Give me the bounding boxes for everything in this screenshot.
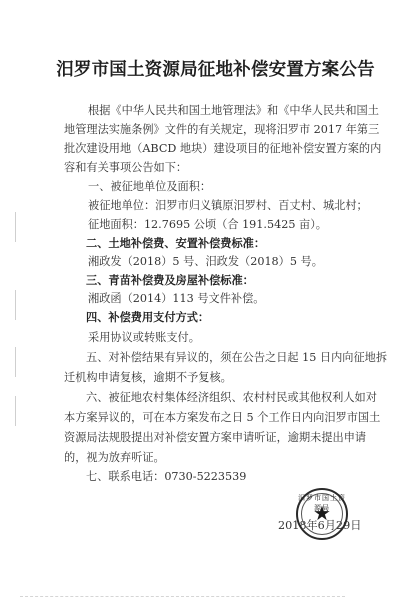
star-icon: ★ (298, 503, 346, 523)
section-6-line: 六、被征地农村集体经济组织、农村村民或其他权利人如对 (86, 391, 377, 405)
section-4-heading: 四、补偿费用支付方式： (86, 311, 209, 325)
section-1-units: 被征地单位：汨罗市归义镇原汨罗村、百丈村、城北村； (88, 199, 368, 213)
margin-mark (15, 290, 16, 320)
margin-mark (15, 212, 16, 242)
section-5-line: 五、对补偿结果有异议的，须在公告之日起 15 日内向征地拆 (86, 351, 387, 365)
section-4-body: 采用协议或转账支付。 (88, 331, 200, 345)
section-1-heading: 一、被征地单位及面积： (88, 180, 211, 194)
section-6-line: 的，视为放弃听证。 (64, 451, 165, 465)
section-2-body: 湘政发（2018）5 号、汨政发（2018）5 号。 (88, 255, 323, 269)
intro-line: 批次建设用地（ABCD 地块）建设项目的征地补偿安置方案的内 (64, 142, 381, 156)
section-3-heading: 三、青苗补偿费及房屋补偿标准： (86, 274, 254, 288)
section-5-line: 迁机构申请复核，逾期不予复核。 (64, 371, 232, 385)
intro-line: 地管理法实施条例》文件的有关规定，现将汨罗市 2017 年第三 (64, 123, 379, 137)
margin-mark (15, 347, 16, 377)
section-6-line: 本方案异议的，可在本方案发布之日 5 个工作日内向汨罗市国土 (64, 411, 380, 425)
margin-mark (15, 396, 16, 426)
intro-line: 根据《中华人民共和国土地管理法》和《中华人民共和国土 (88, 104, 379, 118)
page-bottom-artifact (20, 596, 345, 598)
intro-line: 容和有关事项公告如下： (64, 161, 187, 175)
document-title: 汨罗市国土资源局征地补偿安置方案公告 (0, 56, 413, 81)
section-6-line: 资源局法规股提出对补偿安置方案申请听证，逾期未提出申请 (64, 431, 366, 445)
section-3-body: 湘政函（2014）113 号文件补偿。 (88, 292, 264, 306)
contact-phone: 七、联系电话：0730-5223539 (86, 470, 246, 484)
section-2-heading: 二、土地补偿费、安置补偿费标准： (86, 237, 265, 251)
official-seal: 汨罗市国土资源局 ★ (296, 488, 348, 540)
section-1-area: 征地面积：12.7695 公顷（合 191.5425 亩）。 (88, 218, 327, 232)
